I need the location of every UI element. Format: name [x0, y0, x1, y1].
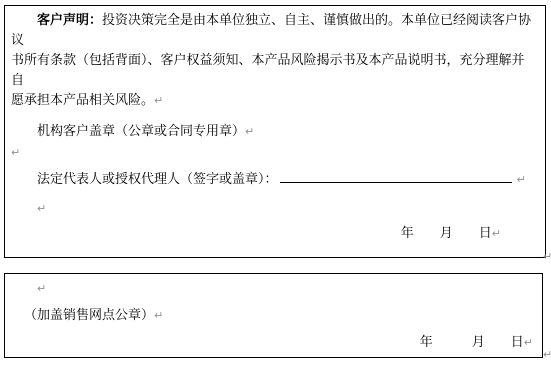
sales-stamp-note: （加盖销售网点公章）: [24, 307, 154, 322]
signer-label: 法定代表人或授权代理人（签字或盖章）：: [37, 171, 278, 186]
org-stamp-line: 机构客户盖章（公章或合同专用章）↵: [11, 121, 537, 142]
paragraph-mark-icon: ↵: [524, 336, 533, 349]
paragraph-mark-icon: ↵: [37, 282, 46, 295]
declaration-label: 客户声明：: [37, 12, 102, 27]
declaration-date-line: 年 月 日↵: [11, 223, 537, 244]
declaration-line-3: 愿承担本产品相关风险。↵: [11, 90, 537, 111]
org-stamp-label: 机构客户盖章（公章或合同专用章）: [37, 123, 245, 138]
sales-stamp-box: ↵ （加盖销售网点公章）↵ 年 月 日↵: [4, 273, 543, 358]
document-page: { "colors": { "background": "#ffffff", "…: [0, 0, 551, 368]
paragraph-mark-icon: ↵: [492, 227, 501, 240]
paragraph-mark-icon: ↵: [37, 202, 46, 215]
date-placeholder: 年 月 日: [420, 334, 524, 349]
paragraph-mark-icon: ↵: [245, 125, 254, 138]
declaration-line-1: 客户声明：投资决策完全是由本单位独立、自主、谨慎做出的。本单位已经阅读客户协议: [11, 10, 537, 50]
paragraph-mark-icon: ↵: [11, 146, 20, 159]
empty-paragraph: ↵: [11, 278, 537, 299]
sales-date-line: 年 月 日↵: [11, 332, 537, 353]
client-declaration-box: 客户声明：投资决策完全是由本单位独立、自主、谨慎做出的。本单位已经阅读客户协议 …: [4, 5, 546, 258]
empty-paragraph: ↵: [11, 142, 537, 163]
paragraph-mark-icon: ↵: [543, 250, 551, 263]
paragraph-mark-icon: ↵: [154, 309, 163, 322]
sales-stamp-note-line: （加盖销售网点公章）↵: [11, 305, 537, 326]
signature-line[interactable]: [280, 169, 512, 183]
declaration-text-3: 愿承担本产品相关风险。: [11, 92, 154, 107]
signer-line: 法定代表人或授权代理人（签字或盖章）：↵: [11, 169, 537, 190]
declaration-paragraph: 客户声明：投资决策完全是由本单位独立、自主、谨慎做出的。本单位已经阅读客户协议 …: [11, 10, 537, 111]
paragraph-mark-icon: ↵: [543, 348, 551, 361]
paragraph-mark-icon: ↵: [154, 94, 163, 107]
paragraph-mark-icon: ↵: [517, 173, 526, 186]
date-placeholder: 年 月 日: [401, 225, 492, 240]
empty-paragraph: ↵: [11, 198, 537, 219]
declaration-line-2: 书所有条款（包括背面）、客户权益须知、本产品风险揭示书及本产品说明书，充分理解并…: [11, 50, 537, 90]
